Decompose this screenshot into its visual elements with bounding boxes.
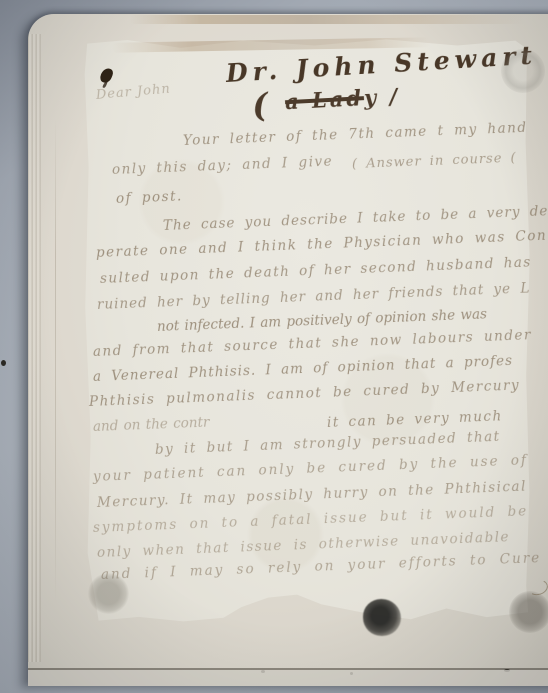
letter-line: of post. [116,188,183,207]
smudge-bottom-left [88,573,129,614]
page-bottom-band [28,670,548,686]
ink-blot-dark [363,599,401,636]
smudge-bottom-right [509,591,548,633]
heading-paren: ( [251,84,286,125]
page-top-edge-stain [130,15,525,24]
page-stack-edge [28,34,41,662]
speck [1,360,6,366]
manuscript-photo: Dear John Dr. John Stewart ( a Lady / Yo… [0,0,548,693]
page-crease-vertical [55,118,56,604]
heading-struck-text: a Lad [284,85,364,114]
heading-tail: y / [363,83,400,110]
smudge-top-right [501,49,545,93]
